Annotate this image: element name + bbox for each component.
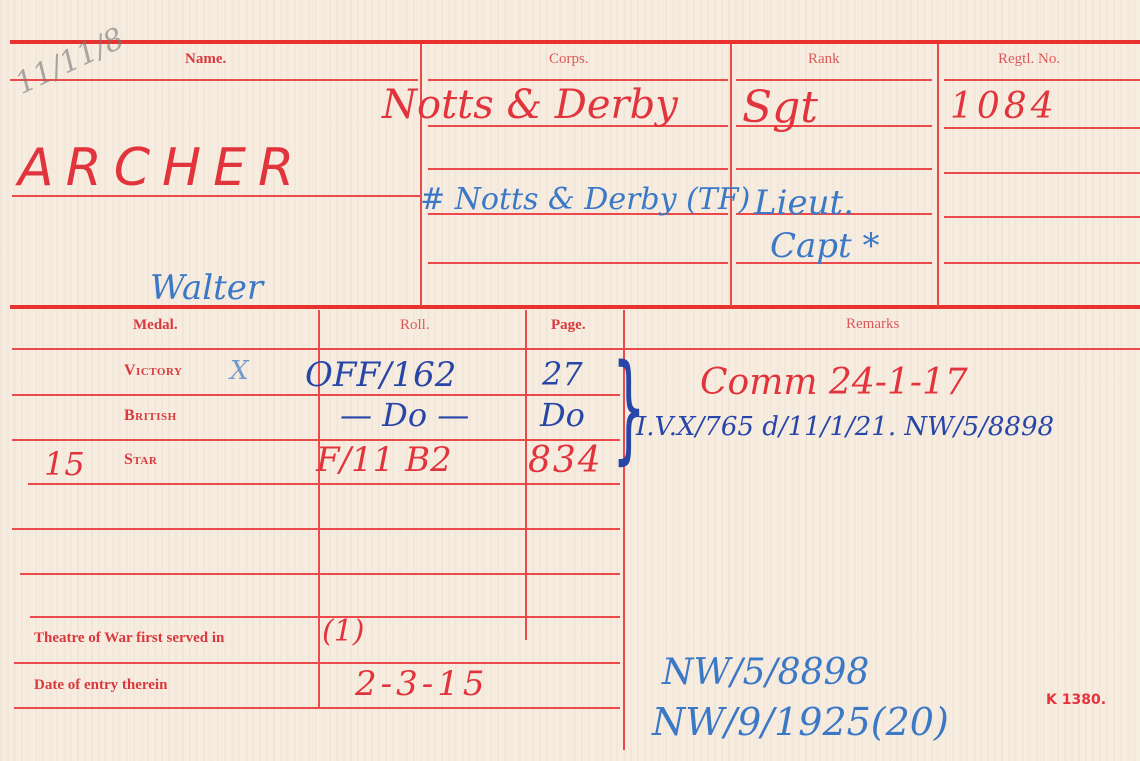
medal-mark-1: X — [230, 356, 249, 386]
header-remarks: Remarks — [846, 316, 899, 333]
header-page: Page. — [551, 317, 586, 334]
rule — [944, 262, 1140, 264]
rank-1: Sgt — [742, 82, 818, 133]
header-medal: Medal. — [133, 317, 178, 334]
medal-index-card: Name. Corps. Rank Regtl. No. Medal. Roll… — [0, 0, 1140, 761]
remarks-line-4: NW/9/1925(20) — [652, 700, 949, 744]
date-of-entry-value: 2-3-15 — [355, 664, 489, 704]
medal-prefix-3: 15 — [44, 445, 85, 483]
page-2: Do — [540, 396, 585, 434]
surname: ARCHER — [18, 138, 306, 198]
rule — [944, 79, 1140, 81]
theatre-label: Theatre of War first served in — [34, 630, 224, 647]
rule — [944, 127, 1140, 129]
rule — [20, 573, 620, 575]
remarks-line-1: Comm 24-1-17 — [700, 362, 968, 403]
medal-label-2: British — [124, 407, 177, 425]
rule — [12, 348, 1140, 350]
rule — [428, 168, 728, 170]
header-rank: Rank — [808, 51, 840, 68]
page-3: 834 — [528, 440, 603, 481]
column-divider — [730, 44, 732, 306]
forename: Walter — [150, 268, 263, 308]
bracket-icon: } — [612, 338, 646, 476]
regt-no-1: 1084 — [950, 86, 1058, 127]
rule — [736, 79, 932, 81]
form-number: K 1380. — [1046, 692, 1106, 708]
pencil-note: 11/11/8 — [10, 21, 130, 102]
roll-3: F/11 B2 — [316, 440, 452, 480]
remarks-line-3: NW/5/8898 — [662, 652, 869, 693]
rule — [428, 262, 728, 264]
header-regt-no: Regtl. No. — [998, 51, 1060, 68]
rule — [12, 528, 620, 530]
rule — [736, 168, 932, 170]
corps-1: Notts & Derby — [382, 82, 678, 128]
corps-2: # Notts & Derby (TF) — [420, 182, 750, 217]
column-divider — [525, 310, 527, 640]
rule — [944, 216, 1140, 218]
rule — [428, 79, 728, 81]
roll-2: — Do — — [340, 396, 469, 434]
page-1: 27 — [542, 355, 583, 393]
header-name: Name. — [185, 51, 226, 68]
rank-3: Capt * — [770, 226, 880, 266]
rank-2: Lieut. — [754, 183, 854, 223]
medal-label-1: Victory — [124, 362, 182, 380]
date-of-entry-label: Date of entry therein — [34, 677, 167, 694]
rule — [14, 662, 620, 664]
theatre-value: (1) — [322, 614, 365, 649]
medal-label-3: Star — [124, 451, 157, 469]
header-corps: Corps. — [549, 51, 589, 68]
rule — [14, 707, 620, 709]
roll-1: OFF/162 — [305, 355, 456, 395]
rule — [944, 172, 1140, 174]
column-divider — [937, 44, 939, 306]
top-rule — [10, 40, 1140, 44]
remarks-line-2: I.V.X/765 d/11/1/21. NW/5/8898 — [636, 412, 1054, 442]
rule — [28, 483, 620, 485]
header-roll: Roll. — [400, 317, 430, 334]
